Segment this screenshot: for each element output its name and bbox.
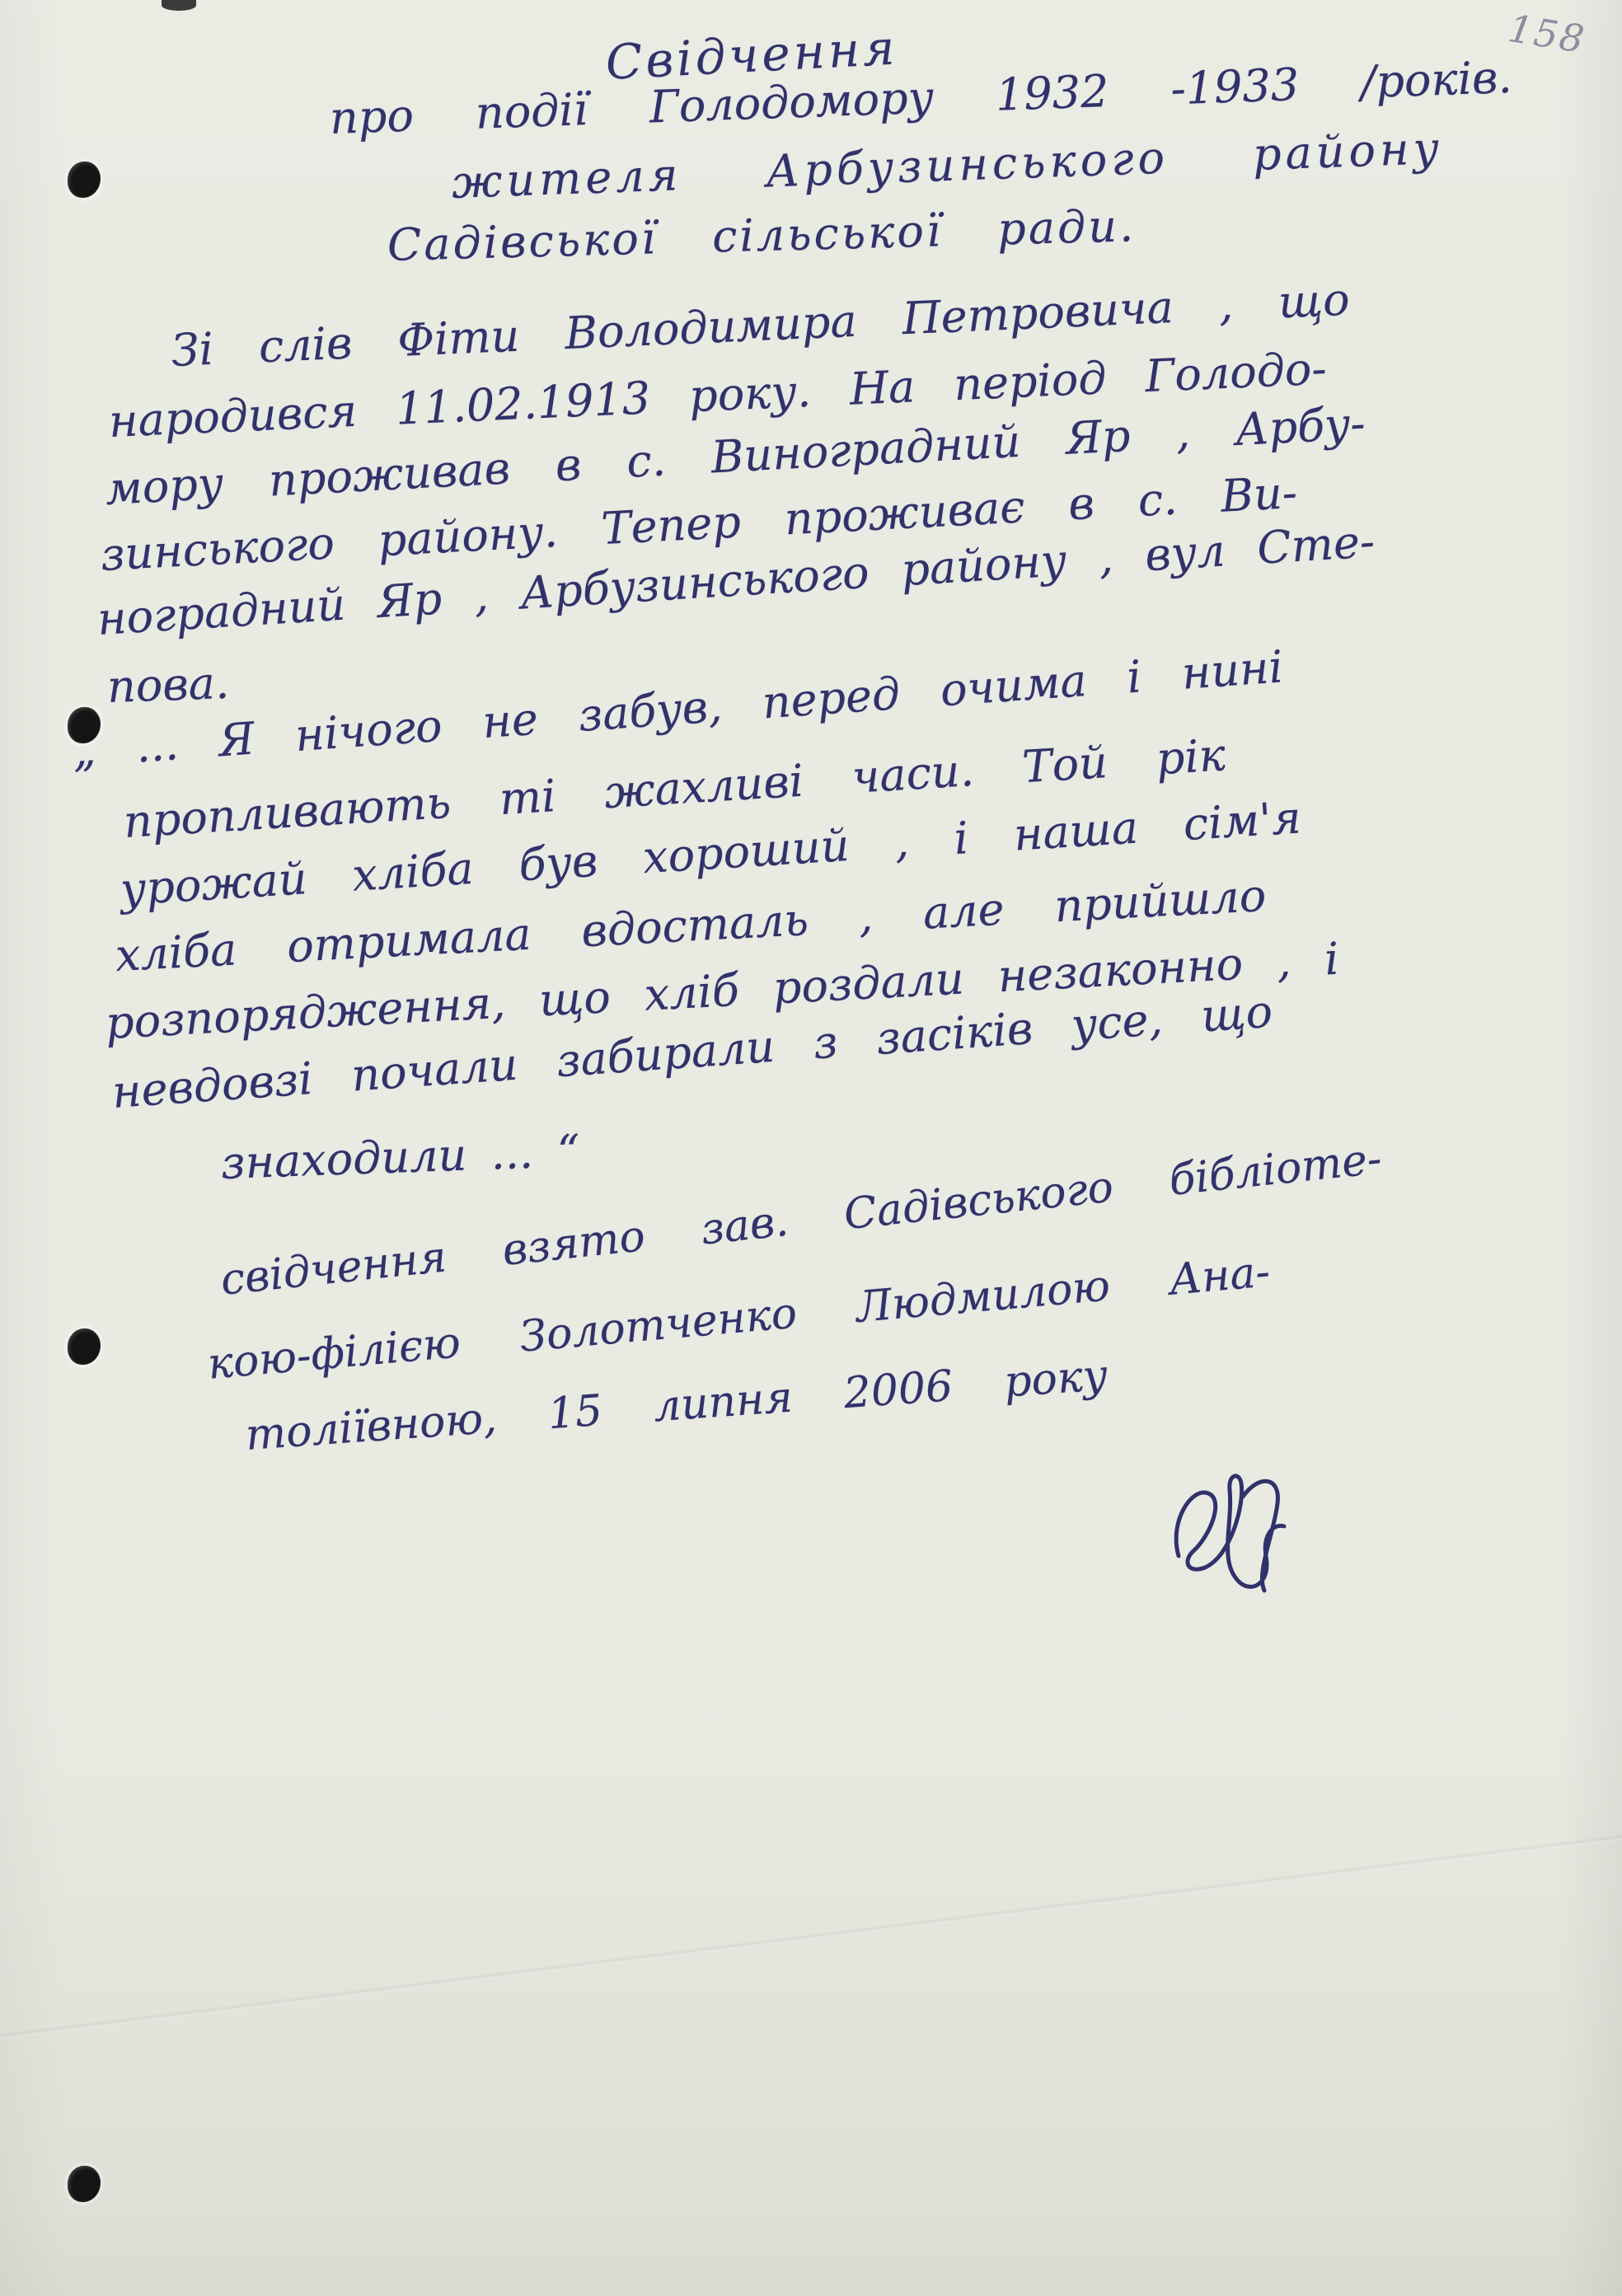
paper-crease — [0, 1689, 1622, 2184]
title-line: жителя Арбузинського району — [451, 122, 1444, 209]
handwritten-signature — [1164, 1457, 1304, 1609]
quote-line: знаходили ... “ — [220, 1125, 581, 1189]
title-line: Садівської сільської ради. — [387, 199, 1137, 271]
page-number: 158 — [1505, 6, 1588, 62]
punch-hole — [68, 2166, 101, 2202]
signature-flourish-icon — [1164, 1457, 1304, 1605]
intro-line: пова. — [106, 657, 230, 713]
punch-hole — [68, 1328, 101, 1365]
scan-edge-smudge — [162, 0, 196, 11]
scanned-document-page: 158 Свідчення про події Голодомору 1932 … — [0, 0, 1622, 2296]
punch-hole — [68, 162, 101, 198]
